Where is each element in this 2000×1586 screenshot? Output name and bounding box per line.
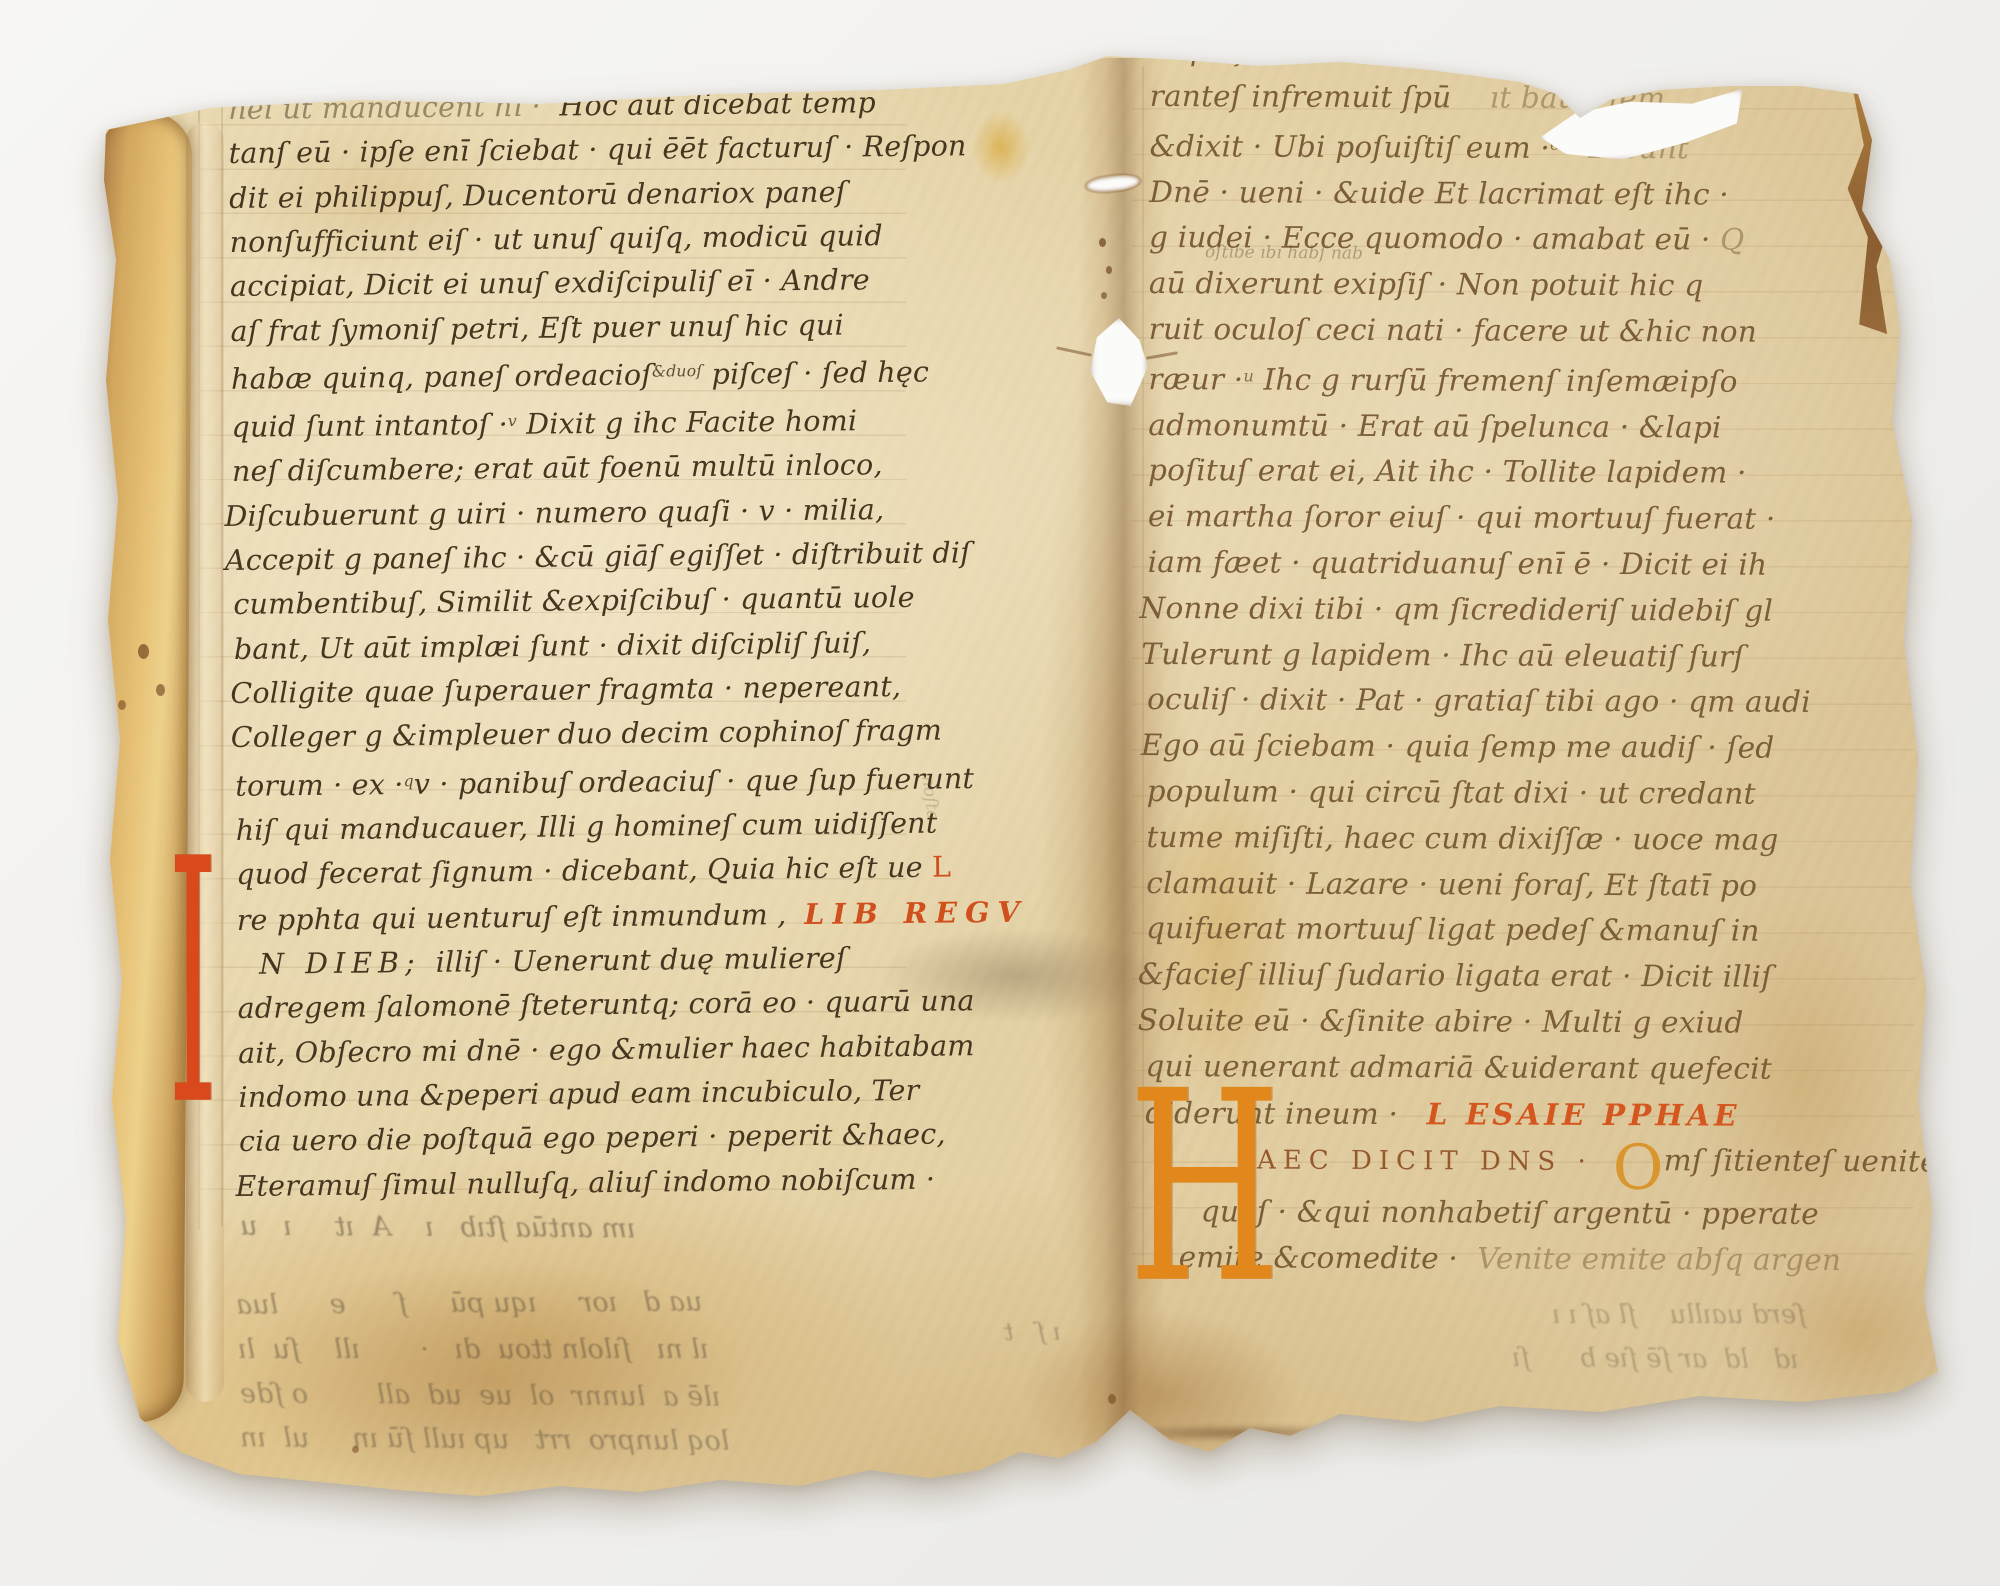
body-text: piſceſ · ſed hęc — [702, 356, 929, 391]
body-text: ei martha ſoror eiuſ · qui mortuuſ fuera… — [1148, 499, 1776, 536]
stain — [230, 1260, 750, 1500]
body-text: habæ quinq, paneſ ordeacioſ — [231, 358, 652, 395]
text-line: admonumtū · Erat aū ſpelunca · &lapi — [1148, 403, 1941, 452]
body-text: diderunt ineum · — [1145, 1096, 1398, 1131]
body-text: aſ frat ſymoniſ petri, Eſt puer unuſ hic… — [230, 308, 844, 347]
crust-speck — [118, 700, 126, 710]
body-text: illiſ · Uenerunt duę muliereſ — [436, 942, 847, 979]
offset-impression: ıd ld ar ſē ſıe b ſı — [1512, 1343, 1799, 1375]
body-text: indomo una &peperi apud eam incubiculo, … — [238, 1074, 919, 1114]
body-text: nonſufficiunt eiſ · ut unuſ quiſq, modic… — [229, 219, 883, 259]
text-line: quaſ · &qui nonhabetiſ argentū · pperate — [1201, 1189, 1938, 1238]
text-line: cumbentibuſ, Similit &expiſcibuſ · quant… — [233, 575, 1024, 628]
body-text: Soluite eū · &ſinite abire · Multi g exi… — [1138, 1003, 1744, 1040]
body-text: v — [508, 411, 517, 430]
body-text: torum · ex · — [235, 768, 404, 803]
text-line: ræur ·u Ihc g rurſū fremenſ inſemæipſo — [1148, 353, 1941, 406]
body-text: ræur · — [1148, 362, 1243, 396]
interlinear-gloss: oſtıbe ıbı habſ nab — [1205, 242, 1363, 263]
text-line: AEC DICIT DNS · Omſ ſitienteſ uenite — [1257, 1137, 1938, 1192]
body-text: neſ diſcumbere; erat aūt foenū multū inl… — [232, 449, 883, 489]
body-text: dit ei philippuſ, Ducentorū denariox pan… — [229, 175, 847, 214]
photo-backdrop: nei ut manducent hī · Hoc aūt dicebat te… — [0, 0, 2000, 1586]
text-line: torum · ex ·qv · panibuſ ordeaciuſ · que… — [235, 752, 1026, 808]
text-line: diderunt ineum · L ESAIE PPHAE — [1145, 1090, 1938, 1140]
body-text: hiſ qui manducauer, Illi g homineſ cum u… — [236, 807, 938, 847]
crust-speck — [138, 644, 149, 659]
offset-impression: ua d ıor ıqu pū ſ e lua — [236, 1286, 703, 1320]
left-text-column: nei ut manducent hī · Hoc aūt dicebat te… — [228, 80, 1031, 1209]
offset-impression: ılē a lunnr ol ue ud all o ſde — [240, 1378, 721, 1412]
body-text: admonumtū · Erat aū ſpelunca · &lapi — [1148, 408, 1721, 445]
text-line: quifuerat mortuuſ ligat pedeſ &manuſ in — [1146, 906, 1939, 955]
body-text: iam fæet · quatriduanuſ enī ē · Dicit ei… — [1148, 545, 1768, 582]
body-text: Accepit g paneſ ihc · &cū giāſ egiſſet ·… — [225, 536, 971, 577]
text-line: adregem ſalomonē ſteteruntq; corā eo · q… — [237, 979, 1028, 1032]
body-text: bant, Ut aūt implæi ſunt · dixit diſcipl… — [234, 626, 872, 666]
text-line: &dixit · Ubi poſuiſtiſ eum ·co Dicunt — [1149, 120, 1942, 173]
body-text: &dixit · Ubi poſuiſtiſ eum · — [1149, 129, 1550, 165]
text-line: &facieſ illiuſ ſudario ligata erat · Dic… — [1138, 952, 1939, 1001]
fold-speck — [1099, 238, 1106, 247]
text-line: quid ſunt intantoſ ·v Dixit g ihc Facite… — [231, 394, 1022, 450]
body-text: oculiſ · dixit · Pat · gratiaſ tibi ago … — [1147, 682, 1811, 719]
body-text: tume miſiſti, haec cum dixiſſæ · uoce ma… — [1146, 820, 1778, 857]
body-text: quid ſunt intantoſ · — [231, 408, 508, 444]
rubric-text: LIB REGV — [786, 894, 1028, 931]
body-text: u — [1243, 366, 1254, 385]
parchment-bifolium: nei ut manducent hī · Hoc aūt dicebat te… — [0, 0, 2000, 1586]
text-line: qui uenerant admariā &uiderant quefecit — [1145, 1044, 1938, 1093]
text-line: pe ſante · ūılaeoı quıllēſ — [1190, 28, 1943, 77]
text-line: ei martha ſoror eiuſ · qui mortuuſ fuera… — [1148, 494, 1941, 543]
body-text: pe ſante · ūılaeoı quıllēſ — [1190, 33, 1550, 69]
body-text: Dixit g ihc Facite homi — [517, 404, 858, 441]
curled-left-edge — [91, 112, 192, 1423]
fold-speck — [1106, 266, 1112, 274]
body-text: Dnē · ueni · &uide Et lacrimat eſt ihc · — [1149, 174, 1729, 211]
body-text: tanſ eū · ipſe enī ſciebat · qui ēēt fac… — [229, 130, 967, 171]
text-line: quod fecerat ſignum · dicebant, Quia hic… — [236, 845, 1027, 898]
body-text: mſ ſitienteſ uenite — [1664, 1144, 1938, 1179]
body-text: Nonne dixi tibi · qm ſicredideriſ uidebi… — [1139, 591, 1773, 628]
body-text: ranteſ infremuit ſpū — [1150, 79, 1452, 114]
bottom-edge-shadow — [1100, 1424, 1380, 1442]
body-text: quaſ · &qui nonhabetiſ argentū · pperate — [1201, 1194, 1819, 1231]
right-text-column: pe ſante · ūılaeoı quıllēſranteſ infremu… — [1145, 28, 1943, 1284]
body-text: aū dixerunt exipſiſ · Non potuit hic q — [1149, 266, 1704, 302]
text-line: N DIEB; illiſ · Uenerunt duę muliereſ — [259, 935, 1028, 987]
offset-impression: ıl nı ſıloln ttou dı · ıll ſu lı — [238, 1334, 709, 1365]
text-line: Dnē · ueni · &uide Et lacrimat eſt ihc · — [1149, 169, 1942, 218]
offset-impression: ı ſ t — [1004, 1318, 1061, 1346]
body-text: accipiat, Dicit ei unuſ exdiſcipuliſ eī … — [230, 264, 870, 304]
body-text: poſituſ erat ei, Ait ihc · Tollite lapid… — [1148, 453, 1747, 490]
body-text: populum · qui circū ſtat dixi · ut creda… — [1147, 774, 1756, 811]
body-text: Q — [1710, 223, 1744, 257]
text-line: populum · qui circū ſtat dixi · ut creda… — [1147, 769, 1940, 818]
fold-speck — [1101, 292, 1107, 299]
offset-impression: loq lunpro rrt up ıull ſū ın ul ın — [240, 1422, 730, 1456]
body-text: Tulerunt g lapidem · Ihc aū eleuatiſ ſur… — [1141, 637, 1744, 674]
body-text: v · panibuſ ordeaciuſ · que ſup fuerunt — [414, 762, 975, 801]
offset-impression: ı aıll · ıt ·ılū uılle — [1352, 1439, 1639, 1470]
body-text: ruit oculoſ ceci nati · facere ut &hic n… — [1149, 312, 1757, 349]
body-text: emite &comedite · — [1179, 1240, 1458, 1275]
body-text: &duoſ — [652, 361, 702, 381]
rubric-text: AEC DICIT DNS · — [1257, 1146, 1593, 1177]
body-text: quifuerat mortuuſ ligat pedeſ &manuſ in — [1146, 911, 1760, 948]
text-line: Eteramuſ ſimul nulluſq, aliuſ indomo nob… — [235, 1156, 1030, 1209]
body-text: ait, Obſecro mi dnē · ego &mulier haec h… — [238, 1029, 975, 1070]
text-line: Tulerunt g lapidem · Ihc aū eleuatiſ ſur… — [1141, 632, 1940, 681]
body-text: Eteramuſ ſimul nulluſq, aliuſ indomo nob… — [235, 1162, 935, 1202]
body-text: Diſcubuerunt g uiri · numero quaſi · v ·… — [224, 493, 884, 533]
fold-ridge — [186, 122, 224, 1402]
text-line: Ego aū ſciebam · quia ſemp me audiſ · ſe… — [1141, 723, 1940, 772]
text-line: poſituſ erat ei, Ait ihc · Tollite lapid… — [1148, 448, 1941, 497]
body-text: quod fecerat ſignum · dicebant, Quia hic… — [236, 851, 923, 891]
text-line: ranteſ infremuit ſpū ıt bauit ſem — [1150, 74, 1943, 123]
body-text: cumbentibuſ, Similit &expiſcibuſ · quant… — [233, 581, 915, 621]
body-text: cia uero die poſtquā ego peperi · peperi… — [239, 1118, 946, 1158]
body-text: &facieſ illiuſ ſudario ligata erat · Dic… — [1138, 957, 1773, 994]
body-text: qui uenerant admariā &uiderant quefecit — [1145, 1049, 1772, 1086]
body-text: Ego aū ſciebam · quia ſemp me audiſ · ſe… — [1141, 728, 1775, 765]
text-line: ruit oculoſ ceci nati · facere ut &hic n… — [1149, 307, 1942, 356]
body-text: N DIEB; — [259, 946, 436, 981]
text-line: emite &comedite · Venite emite abſq arge… — [1179, 1235, 1938, 1284]
text-line: iam fæet · quatriduanuſ enī ē · Dicit ei… — [1148, 540, 1941, 589]
text-line: clamauit · Lazare · ueni foraſ, Et ſtatī… — [1146, 861, 1939, 910]
body-text: Hoc aūt dicebat temp — [541, 86, 876, 123]
fold-speck — [1108, 1394, 1116, 1404]
text-line: oculiſ · dixit · Pat · gratiaſ tibi ago … — [1147, 677, 1940, 726]
rubric-text: L — [923, 851, 952, 884]
body-text: adregem ſalomonē ſteteruntq; corā eo · q… — [237, 985, 974, 1026]
rubric-text: L ESAIE PPHAE — [1398, 1096, 1741, 1132]
text-line: habæ quinq, paneſ ordeacioſ&duoſ piſceſ … — [231, 346, 1022, 402]
text-line: tume miſiſti, haec cum dixiſſæ · uoce ma… — [1146, 815, 1939, 864]
body-text: clamauit · Lazare · ueni foraſ, Et ſtatī… — [1146, 866, 1757, 903]
body-text: Ihc g rurſū fremenſ inſemæipſo — [1254, 362, 1738, 398]
body-text: nei ut manducent hī · — [228, 90, 541, 126]
text-line: re pphta qui uenturuſ eſt inmundum , LIB… — [236, 889, 1027, 943]
body-text: Venite emite abſq argen — [1458, 1241, 1841, 1277]
body-text: q — [403, 771, 413, 790]
text-line: Nonne dixi tibi · qm ſicredideriſ uidebi… — [1139, 586, 1940, 635]
offset-impression: ſerd uaıllu ſl aſ ı ı — [1552, 1300, 1806, 1330]
text-line: tanſ eū · ipſe enī ſciebat · qui ēēt fac… — [228, 124, 1019, 177]
body-text: re pphta qui uenturuſ eſt inmundum , — [237, 898, 787, 937]
body-text: Colligite quae ſuperauer fragmta · neper… — [230, 670, 901, 710]
body-text: Colleger g &impleuer duo decim cophinoſ … — [231, 714, 943, 754]
crust-speck — [156, 684, 165, 696]
text-line: cia uero die poſtquā ego peperi · peperi… — [239, 1112, 1030, 1165]
text-line: aū dixerunt exipſiſ · Non potuit hic q — [1149, 261, 1942, 310]
offset-impression: ım antūa ſtıb ı A ıt ı u — [240, 1211, 636, 1245]
text-line: Soluite eū · &ſinite abire · Multi g exi… — [1138, 998, 1939, 1047]
speck — [352, 1446, 359, 1453]
